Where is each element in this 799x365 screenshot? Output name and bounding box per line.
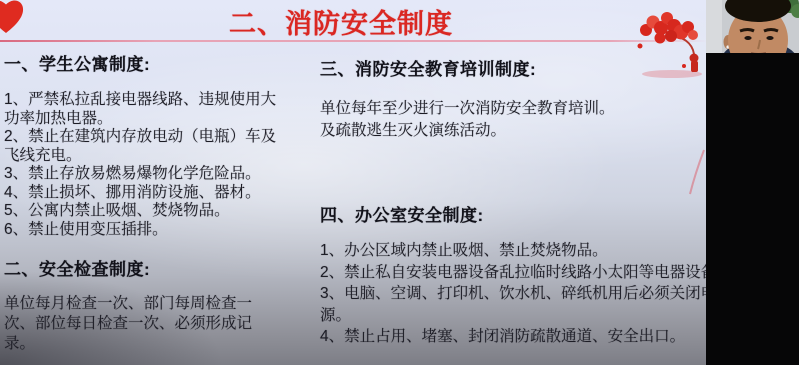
list-item: 4、禁止占用、堵塞、封闭消防疏散通道、安全出口。 bbox=[320, 326, 756, 348]
page-title: 二、消防安全制度 bbox=[229, 2, 453, 41]
list-item: 2、禁止私自安装电器设备乱拉临时线路小太阳等电器设备; bbox=[320, 262, 756, 284]
training-text: 单位每年至少进行一次消防安全教育培训。 及疏散逃生灭火演练活动。 bbox=[320, 98, 756, 141]
list-item: 3、禁止存放易燃易爆物化学危险品。 bbox=[4, 165, 298, 184]
list-item: 1、办公区域内禁止吸烟、禁止焚烧物品。 bbox=[320, 240, 756, 262]
section-heading-safety-inspection: 二、安全检查制度: bbox=[4, 255, 298, 280]
video-letterbox-panel bbox=[706, 53, 799, 365]
right-column: 三、消防安全教育培训制度: 单位每年至少进行一次消防安全教育培训。 及疏散逃生灭… bbox=[320, 55, 756, 348]
list-item: 2、禁止在建筑内存放电动（电瓶）车及 飞线充电。 bbox=[4, 128, 298, 165]
left-column: 一、学生公寓制度: 1、严禁私拉乱接电器线路、违规使用大 功率加热电器。 2、禁… bbox=[4, 50, 298, 354]
webcam-video[interactable] bbox=[706, 0, 799, 56]
presentation-screen: 二、消防安全制度 一、学生公寓制度: 1、严禁私拉乱接电器线路、违规使用大 功率… bbox=[0, 0, 799, 365]
list-item: 4、禁止损坏、挪用消防设施、器材。 bbox=[4, 184, 298, 203]
section-heading-student-dorm: 一、学生公寓制度: bbox=[4, 50, 298, 75]
student-dorm-rule-list: 1、严禁私拉乱接电器线路、违规使用大 功率加热电器。 2、禁止在建筑内存放电动（… bbox=[4, 91, 298, 239]
list-item: 5、公寓内禁止吸烟、焚烧物品。 bbox=[4, 202, 298, 221]
title-underline bbox=[0, 40, 708, 42]
plum-blossom-branch-icon bbox=[636, 2, 714, 86]
branch-stem-icon bbox=[688, 148, 706, 198]
list-item: 1、严禁私拉乱接电器线路、违规使用大 功率加热电器。 bbox=[4, 91, 298, 128]
office-safety-rule-list: 1、办公区域内禁止吸烟、禁止焚烧物品。 2、禁止私自安装电器设备乱拉临时线路小太… bbox=[320, 240, 756, 348]
presenter-avatar bbox=[722, 0, 797, 56]
list-item: 6、禁止使用变压插排。 bbox=[4, 221, 298, 240]
safety-inspection-text: 单位每月检查一次、部门每周检查一 次、部位每日检查一次、必须形成记 录。 bbox=[4, 294, 298, 354]
list-item: 3、电脑、空调、打印机、饮水机、碎纸机用后必须关闭电 源。 bbox=[320, 283, 756, 326]
heart-icon bbox=[0, 0, 26, 36]
section-heading-office-safety: 四、办公室安全制度: bbox=[320, 201, 756, 226]
